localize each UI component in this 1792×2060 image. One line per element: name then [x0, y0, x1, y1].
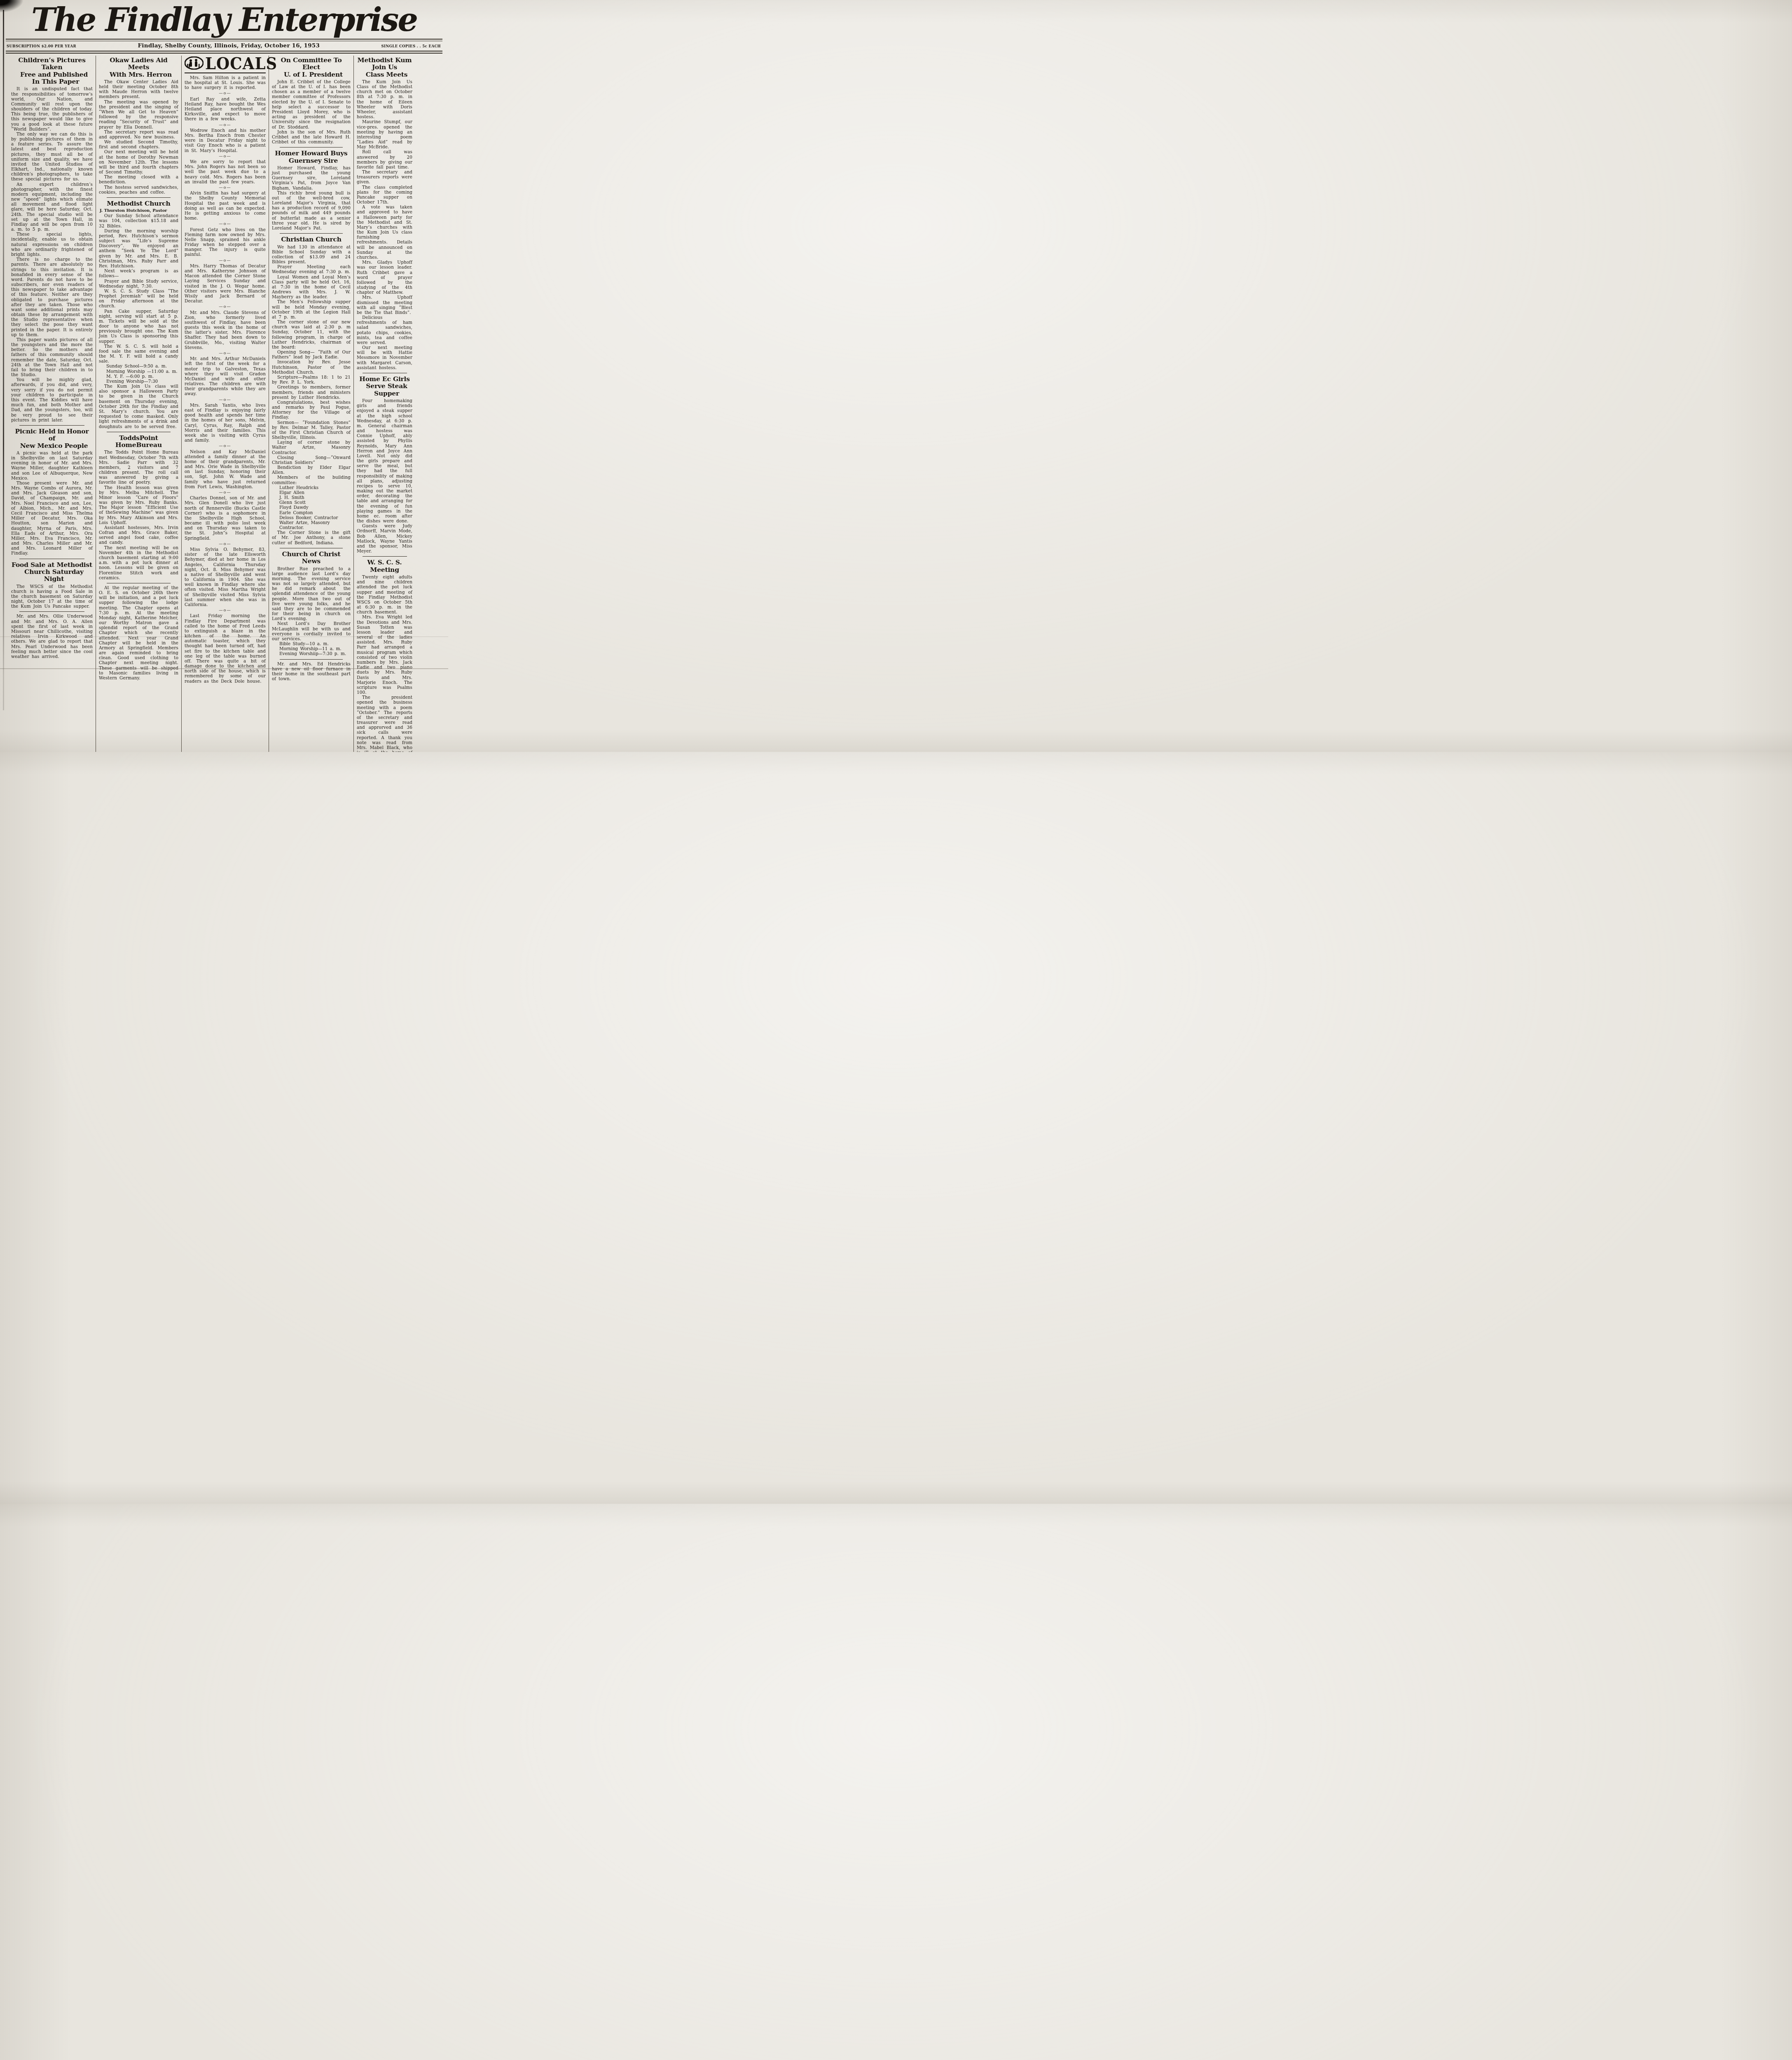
newspaper-page: { "masthead": { "title": "The Findlay En…: [0, 0, 448, 752]
locals-item-divider: —o—: [185, 351, 266, 356]
article-paragraph: The Kum Join Us class will also sponsor …: [99, 384, 178, 429]
article-paragraph: The meeting was opened by the president …: [99, 100, 178, 130]
article-paragraph: Sermon— “Foundation Stones” by Rev. Delm…: [272, 420, 351, 440]
article-paragraph: A picnic was held at the park in Shelbyv…: [11, 451, 93, 481]
headline-line: Methodist Kum Join Us: [357, 56, 412, 71]
headline-line: Food Sale at Methodist: [11, 561, 93, 568]
locals-item-divider: —o—: [185, 258, 266, 263]
article-paragraph: The meeting closed with a benediction.: [99, 175, 178, 185]
article-paragraph: Our next meeting will be held at the hom…: [99, 150, 178, 175]
article-paragraph: Loyal Women and Loyal Men’s Class party …: [272, 275, 351, 300]
article-paragraph: Next week’s program is as follows—: [99, 269, 178, 279]
schedule-line: Evening Worshiip—7:30 p. m.: [272, 651, 351, 656]
locals-item-divider: —o—: [185, 122, 266, 128]
article-paragraph: The Corner Stone is the gift of Mr. Joe …: [272, 530, 351, 545]
headline-line: With Mrs. Herron: [99, 71, 178, 78]
article-paragraph: We had 130 in attendance at Bible School…: [272, 245, 351, 265]
schedule-line: Sunday School—9:50 a. m.: [99, 364, 178, 369]
article-headline: Picnic Held in Honor ofNew Mexico People: [11, 428, 93, 449]
article-todds-point: ToddsPoint HomeBureauThe Todds Point Hom…: [99, 434, 178, 581]
article-paragraph: Guests were Judy Ordnorff, Marvin Mode, …: [357, 524, 412, 554]
headline-line: Homer Howard Buys: [272, 150, 351, 157]
article-divider-rule: [363, 373, 407, 373]
article-divider-rule: [280, 659, 343, 660]
article-okaw-ladies-aid: Okaw Ladies Aid MeetsWith Mrs. HerronThe…: [99, 56, 178, 195]
article-homer-howard: Homer Howard BuysGuernsey SireHomer Howa…: [272, 150, 351, 231]
article-paragraph: The Health lesson was given by Mrs. Melb…: [99, 485, 178, 525]
schedule-line: Deloss Booker, Contractor: [272, 515, 351, 520]
article-paragraph: Laying of corner stone by Walter Artze, …: [272, 440, 351, 455]
article-divider-rule: [363, 556, 407, 557]
article-paragraph: Scripture—Psalms 18: 1 to 21 by Rev. P. …: [272, 375, 351, 385]
schedule-line: Bible Study—10 a. m.: [272, 641, 351, 646]
article-paragraph: Closing Song—“Onward Christian Soldiers”: [272, 455, 351, 465]
schedule-line: Elgar Allen: [272, 490, 351, 495]
headline-line: ToddsPoint HomeBureau: [99, 434, 178, 449]
article-paragraph: Brother Rue preached to a large audience…: [272, 566, 351, 622]
article-paragraph: Delicious refreshments of ham salad sand…: [357, 315, 412, 345]
scan-scratch-line: [0, 637, 448, 637]
locals-item-divider: —o—: [185, 541, 266, 547]
article-paragraph: Roll call was answered by 20 members by …: [357, 150, 412, 170]
schedule-line: Morning Worship—11 a. m.: [272, 646, 351, 651]
article-paragraph: John is the son of Mrs. Ruth Cribbet and…: [272, 130, 351, 145]
film-edge-artifact: [3, 10, 4, 710]
article-paragraph: The secretary report was read and approv…: [99, 130, 178, 140]
article-headline: Methodist Kum Join UsClass Meets: [357, 56, 412, 78]
headline-line: Christian Church: [272, 236, 351, 243]
headline-line: In This Paper: [11, 78, 93, 85]
article-home-ec-girls: Home Ec GirlsServe Steak SupperFour home…: [357, 375, 412, 554]
article-paragraph: The secretary and treasurers reports wer…: [357, 170, 412, 185]
headline-line: On Committee To Elect: [272, 56, 351, 71]
schedule-line: Floyd Dawdy: [272, 505, 351, 510]
column-3: LOCALSMrs. Sam Hilton is a patient in th…: [181, 56, 269, 752]
locals-item: Mrs. Sam Hilton is a patient in the hosp…: [185, 75, 266, 91]
article-headline: Okaw Ladies Aid MeetsWith Mrs. Herron: [99, 56, 178, 78]
headline-line: Methodist Church: [99, 200, 178, 207]
locals-item: Wodrow Enoch and his mother Mrs. Bertha …: [185, 128, 266, 153]
article-oes-meeting: At the regular meeting of the O. E. S. o…: [99, 585, 178, 681]
article-paragraph: Bendiction by Elder Elgar Allen.: [272, 465, 351, 475]
headline-line: W. S. C. S. Meeting: [357, 559, 412, 573]
article-headline: ToddsPoint HomeBureau: [99, 434, 178, 449]
article-paragraph: Pan Cake supper, Saturday night, serving…: [99, 309, 178, 344]
article-divider-rule: [19, 559, 84, 559]
article-paragraph: Mrs. Uphoff dismissed the meeting with a…: [357, 295, 412, 315]
article-divider-rule: [280, 147, 343, 147]
article-paragraph: The president opened the business meetin…: [357, 695, 412, 752]
column-2: Okaw Ladies Aid MeetsWith Mrs. HerronThe…: [96, 56, 181, 752]
article-paragraph: These special lights, incidentally, enab…: [11, 232, 93, 257]
article-paragraph: Greetings to members, former members, fr…: [272, 385, 351, 400]
article-paragraph: Members of the building committee:: [272, 475, 351, 485]
article-paragraph: The WSCS of the Methodist church is havi…: [11, 584, 93, 609]
article-divider-rule: [107, 432, 170, 432]
article-paragraph: Mrs. Eva Wright led the Devotions and Mr…: [357, 615, 412, 695]
article-paragraph: The hostess served sandwiches, cookies, …: [99, 185, 178, 195]
locals-item-divider: —o—: [185, 397, 266, 403]
article-picnic-new-mexico: Picnic Held in Honor ofNew Mexico People…: [11, 428, 93, 556]
headline-line: U. of I. President: [272, 71, 351, 78]
headline-line: Guernsey Sire: [272, 157, 351, 164]
article-paragraph: The Okaw Center Ladies Aid held their me…: [99, 80, 178, 100]
locals-section: LOCALSMrs. Sam Hilton is a patient in th…: [185, 56, 266, 684]
article-paragraph: The only way we can do this is by publis…: [11, 132, 93, 182]
dateline-rule: [6, 51, 442, 54]
article-paragraph: Those present were Mr. and Mrs. Wayne Co…: [11, 481, 93, 556]
headline-line: Class Meets: [357, 71, 412, 78]
subscription-price: SUBSCRIPTION $2.00 PER YEAR: [7, 44, 76, 49]
article-divider-rule: [107, 197, 170, 198]
headline-line: Free and Published: [11, 71, 93, 78]
article-paragraph: At the regular meeting of the O. E. S. o…: [99, 585, 178, 681]
locals-item-divider: —o—: [185, 443, 266, 449]
locals-item: Mrs. Harry Thomas of Decatur and Mrs. Ka…: [185, 264, 266, 304]
locals-item: Miss Sylvia O. Behymer, 83, sister of th…: [185, 547, 266, 607]
locals-item: Forest Getz who lives on the Fleming far…: [185, 227, 266, 257]
article-paragraph: Twenty eight adults and nine children at…: [357, 575, 412, 615]
article-paragraph: Opening Song— “Faith of Our Fathers” lea…: [272, 350, 351, 360]
article-paragraph: Our next meeting will be with Hattie Mes…: [357, 345, 412, 370]
headline-line: Okaw Ladies Aid Meets: [99, 56, 178, 71]
newspaper-title: The Findlay Enterprise: [0, 3, 448, 37]
article-paragraph: Mrs. Gladys Uphoff was our lesson leader…: [357, 260, 412, 295]
locals-item: Earl Ray and wife, Zetta Heiland Ray, ha…: [185, 97, 266, 122]
article-paragraph: The W. S. C. S. will hold a food sale th…: [99, 344, 178, 364]
article-headline: Methodist Church: [99, 200, 178, 207]
article-paragraph: Invocation by Rev. Jesse Hutchinson, Pas…: [272, 360, 351, 375]
schedule-line: J. H. Smith: [272, 495, 351, 500]
locals-item: Mr. and Mrs. Claude Stevens of Zion, who…: [185, 310, 266, 350]
masthead: The Findlay Enterprise: [0, 0, 448, 37]
locals-item-divider: —o—: [185, 608, 266, 613]
locals-banner: LOCALS: [185, 56, 266, 73]
article-methodist-church: Methodist ChurchJ. Thurston Hutchison, P…: [99, 200, 178, 429]
locals-item: Nelson and Kay McDaniel attended a famil…: [185, 449, 266, 489]
article-divider-rule: [107, 583, 170, 583]
schedule-line: Luther Heudricks: [272, 485, 351, 490]
article-headline: Home Ec GirlsServe Steak Supper: [357, 375, 412, 397]
locals-item-divider: —o—: [185, 91, 266, 96]
headline-line: Home Ec Girls: [357, 375, 412, 382]
headline-line: Picnic Held in Honor of: [11, 428, 93, 442]
headline-line: New Mexico People: [11, 442, 93, 449]
article-headline: Homer Howard BuysGuernsey Sire: [272, 150, 351, 164]
article-headline: W. S. C. S. Meeting: [357, 559, 412, 573]
headline-line: Children’s Pictures Taken: [11, 56, 93, 71]
article-paragraph: The corner stone of our new church was l…: [272, 320, 351, 350]
locals-item-divider: —o—: [185, 304, 266, 309]
article-childrens-pictures: Children’s Pictures TakenFree and Publis…: [11, 56, 93, 423]
article-paragraph: The Men’s Fellowship supper will be held…: [272, 300, 351, 320]
locals-title: LOCALS: [205, 56, 277, 71]
article-paragraph: The class completed plans for the coming…: [357, 185, 412, 205]
article-paragraph: The Kum Join Us Class of the Methodist c…: [357, 80, 412, 119]
article-paragraph: Next Lord’s Day Brother McLaughlin will …: [272, 621, 351, 641]
article-hendricks-furnace: Mr. and Mrs. Ed Hendricks have a new oil…: [272, 662, 351, 682]
dateline-text: Findlay, Shelby County, Illinois, Friday…: [138, 42, 320, 49]
article-divider-rule: [19, 611, 84, 612]
column-5: Methodist Kum Join UsClass MeetsThe Kum …: [353, 56, 415, 752]
locals-item: We are sorry to report that Mrs. John Ro…: [185, 159, 266, 185]
article-wscs-meeting: W. S. C. S. MeetingTwenty eight adults a…: [357, 559, 412, 752]
article-headline: Church of Christ News: [272, 550, 351, 565]
article-paragraph: There is no charge to the parents. There…: [11, 257, 93, 337]
article-paragraph: This paper wants pictures of all the you…: [11, 337, 93, 377]
article-paragraph: This richly bred young bull is out of th…: [272, 191, 351, 231]
article-church-of-christ: Church of Christ NewsBrother Rue preache…: [272, 550, 351, 657]
headline-line: Church Saturday Night: [11, 568, 93, 583]
headline-line: Church of Christ News: [272, 550, 351, 565]
schedule-line: Earle Compton: [272, 510, 351, 515]
article-divider-rule: [280, 548, 343, 548]
schedule-line: Glenn Scott: [272, 500, 351, 505]
locals-item: Mr. and Mrs. Arthur McDaniels left the f…: [185, 356, 266, 396]
column-grid: Children’s Pictures TakenFree and Publis…: [0, 54, 448, 752]
article-byline: J. Thurston Hutchison, Pastor: [100, 208, 178, 213]
article-paragraph: Maurine Stumpf, our vice-pres. opened th…: [357, 119, 412, 150]
locals-item-divider: —o—: [185, 154, 266, 159]
article-paragraph: It is an undisputed fact that the respon…: [11, 87, 93, 132]
schedule-line: Evening Worship—7:30: [99, 379, 178, 384]
article-divider-rule: [280, 233, 343, 234]
article-headline: Children’s Pictures TakenFree and Publis…: [11, 56, 93, 85]
scan-scratch-line: [0, 668, 448, 669]
article-paragraph: Prayer and Bible Study service, Wednesda…: [99, 279, 178, 289]
locals-item: Alvin Sniffin has had surgery at the She…: [185, 191, 266, 221]
article-u-of-i-committee: On Committee To ElectU. of I. PresidentJ…: [272, 56, 351, 145]
schedule-line: M. Y. F. —6:00 p. m.: [99, 374, 178, 379]
article-headline: Christian Church: [272, 236, 351, 243]
article-paragraph: An expert children’s photographer, with …: [11, 182, 93, 232]
article-paragraph: Assistant hostesses, Mrs. Irvin Cofran a…: [99, 525, 178, 545]
article-paragraph: Four homemaking girls and friends enjoye…: [357, 398, 412, 524]
article-paragraph: Homer Howard, Findlay, has just purchase…: [272, 166, 351, 191]
article-paragraph: We studied Second Timothy, first and sec…: [99, 140, 178, 150]
headline-line: Serve Steak Supper: [357, 382, 412, 397]
single-copy-price: SINGLE COPIES . . 5c EACH: [381, 44, 441, 49]
article-kum-join-us: Methodist Kum Join UsClass MeetsThe Kum …: [357, 56, 412, 370]
article-divider-rule: [19, 425, 84, 426]
schedule-line: Walter Artze, Masonry Contractor.: [272, 520, 351, 530]
locals-figures-icon: [185, 56, 204, 71]
column-1: Children’s Pictures TakenFree and Publis…: [8, 56, 96, 752]
locals-item: Mrs. Sarah Yantis, who lives east of Fin…: [185, 403, 266, 443]
article-christian-church: Christian ChurchWe had 130 in attendance…: [272, 236, 351, 545]
article-paragraph: Congratulations, best wishes and remarks…: [272, 400, 351, 420]
locals-item-divider: —o—: [185, 221, 266, 227]
article-food-sale: Food Sale at MethodistChurch Saturday Ni…: [11, 561, 93, 609]
article-paragraph: Our Sunday School attendance was 104, co…: [99, 213, 178, 229]
article-paragraph: A vote was taken and approved to have a …: [357, 205, 412, 260]
locals-item: Charles Donnel, son of Mr. and Mrs. Glen…: [185, 496, 266, 541]
article-headline: Food Sale at MethodistChurch Saturday Ni…: [11, 561, 93, 583]
article-paragraph: Prayer Meeting each Wednesday evening at…: [272, 265, 351, 274]
article-paragraph: You will be mighty glad, afterwards, if …: [11, 377, 93, 423]
dateline-bar: SUBSCRIPTION $2.00 PER YEAR Findlay, She…: [0, 41, 448, 50]
article-paragraph: John E. Cribbet of the College of Law at…: [272, 80, 351, 130]
article-paragraph: The next meeting will be on November 4th…: [99, 545, 178, 581]
article-headline: On Committee To ElectU. of I. President: [272, 56, 351, 78]
locals-item: Last Friday morning the Findlay Fire Dep…: [185, 613, 266, 684]
column-4: On Committee To ElectU. of I. PresidentJ…: [269, 56, 353, 752]
article-paragraph: The Todds Point Home Bureau met Wednesda…: [99, 450, 178, 485]
article-paragraph: Mr. and Mrs. Ed Hendricks have a new oil…: [272, 662, 351, 682]
locals-item-divider: —o—: [185, 185, 266, 190]
locals-item-divider: —o—: [185, 490, 266, 495]
article-paragraph: During the morning worship period, Rev. …: [99, 229, 178, 269]
schedule-line: Morning Worship —11:00 a. m.: [99, 369, 178, 374]
article-paragraph: W. S. C. S. Study Class “The Prophet Jer…: [99, 289, 178, 309]
